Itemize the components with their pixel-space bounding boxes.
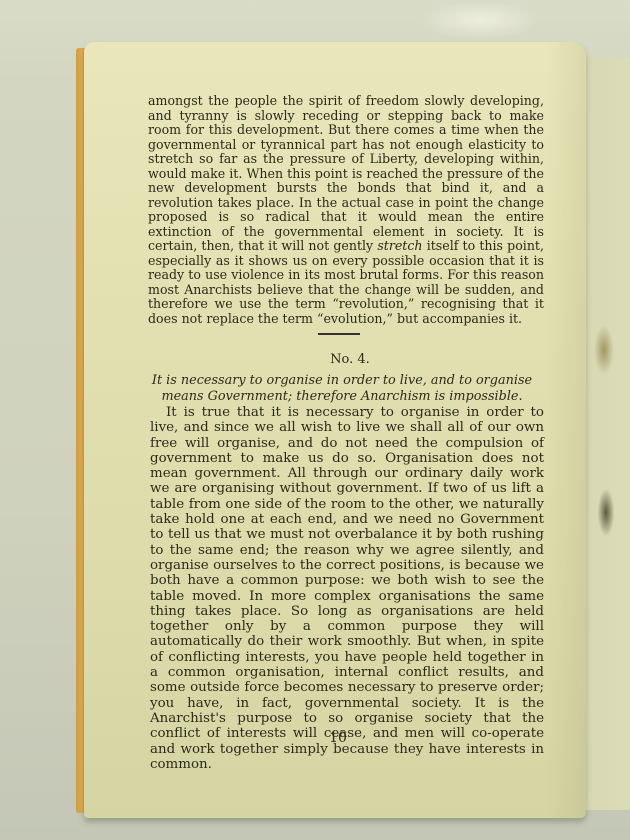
- section-number: No. 4.: [140, 352, 560, 367]
- emphasis-stretch: stretch: [377, 238, 422, 253]
- paragraph-top: amongst the people the spirit of freedom…: [148, 94, 544, 326]
- light-glare: [420, 0, 540, 40]
- page-stain: [598, 490, 614, 535]
- adjacent-page-edge: [584, 58, 630, 810]
- page-number: 10: [318, 730, 358, 746]
- section-title: It is necessary to organise in order to …: [136, 373, 548, 405]
- page-stain: [594, 325, 614, 375]
- paragraph-main: It is true that it is necessary to organ…: [150, 405, 544, 772]
- paragraph-top-text: amongst the people the spirit of freedom…: [148, 93, 544, 253]
- paragraph-main-text: It is true that it is necessary to organ…: [150, 405, 544, 772]
- section-divider: [318, 333, 360, 335]
